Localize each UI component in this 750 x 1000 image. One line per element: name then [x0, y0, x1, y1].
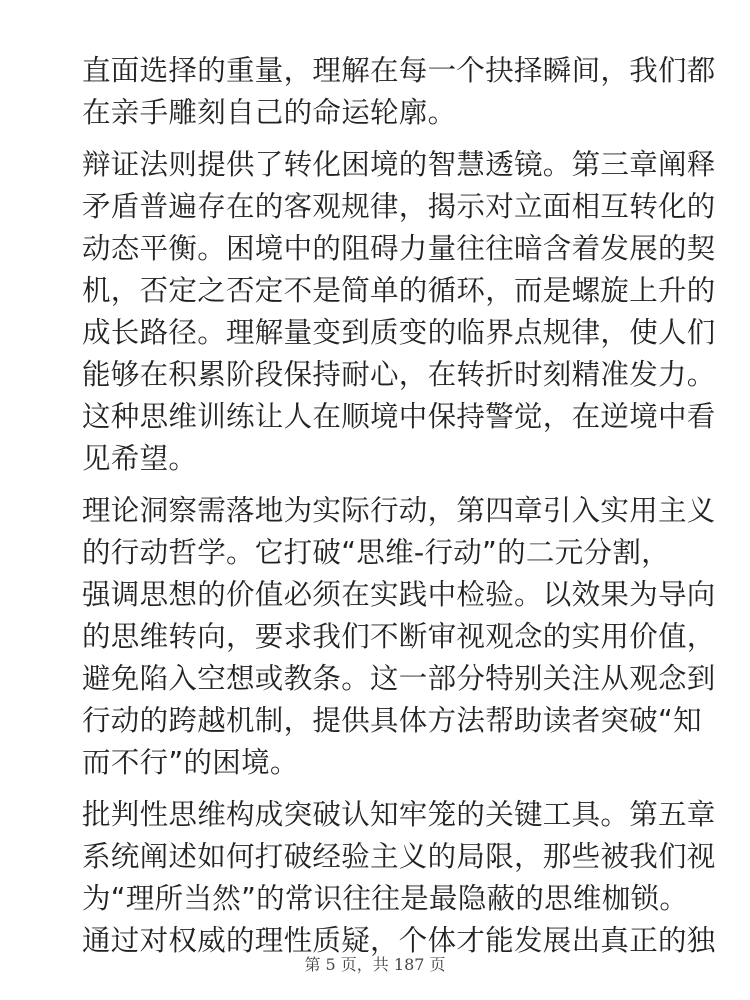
document-body: 直面选择的重量，理解在每一个抉择瞬间，我们都 在亲手雕刻自己的命运轮廓。 辩证法…	[82, 50, 672, 972]
text-line: 直面选择的重量，理解在每一个抉择瞬间，我们都	[82, 50, 672, 92]
text-line: 的行动哲学。它打破“思维-行动”的二元分割，	[82, 532, 672, 574]
paragraph-4: 批判性思维构成突破认知牢笼的关键工具。第五章 系统阐述如何打破经验主义的局限，那…	[82, 794, 672, 962]
text-line: 而不行”的困境。	[82, 742, 672, 784]
paragraph-3: 理论洞察需落地为实际行动，第四章引入实用主义 的行动哲学。它打破“思维-行动”的…	[82, 490, 672, 784]
text-line: 动态平衡。困境中的阻碍力量往往暗含着发展的契	[82, 228, 672, 270]
paragraph-2: 辩证法则提供了转化困境的智慧透镜。第三章阐释 矛盾普遍存在的客观规律，揭示对立面…	[82, 144, 672, 480]
text-line: 能够在积累阶段保持耐心，在转折时刻精准发力。	[82, 354, 672, 396]
text-line: 矛盾普遍存在的客观规律，揭示对立面相互转化的	[82, 186, 672, 228]
text-line: 在亲手雕刻自己的命运轮廓。	[82, 92, 672, 134]
text-line: 这种思维训练让人在顺境中保持警觉，在逆境中看	[82, 396, 672, 438]
text-line: 成长路径。理解量变到质变的临界点规律，使人们	[82, 312, 672, 354]
text-line: 批判性思维构成突破认知牢笼的关键工具。第五章	[82, 794, 672, 836]
text-line: 为“理所当然”的常识往往是最隐蔽的思维枷锁。	[82, 878, 672, 920]
text-line: 见希望。	[82, 438, 672, 480]
paragraph-1: 直面选择的重量，理解在每一个抉择瞬间，我们都 在亲手雕刻自己的命运轮廓。	[82, 50, 672, 134]
text-line: 避免陷入空想或教条。这一部分特别关注从观念到	[82, 658, 672, 700]
text-line: 行动的跨越机制，提供具体方法帮助读者突破“知	[82, 700, 672, 742]
text-line: 强调思想的价值必须在实践中检验。以效果为导向	[82, 574, 672, 616]
text-line: 的思维转向，要求我们不断审视观念的实用价值，	[82, 616, 672, 658]
text-line: 机，否定之否定不是简单的循环，而是螺旋上升的	[82, 270, 672, 312]
text-line: 理论洞察需落地为实际行动，第四章引入实用主义	[82, 490, 672, 532]
text-line: 系统阐述如何打破经验主义的局限，那些被我们视	[82, 836, 672, 878]
text-line: 辩证法则提供了转化困境的智慧透镜。第三章阐释	[82, 144, 672, 186]
page-indicator: 第 5 页，共 187 页	[0, 952, 750, 975]
